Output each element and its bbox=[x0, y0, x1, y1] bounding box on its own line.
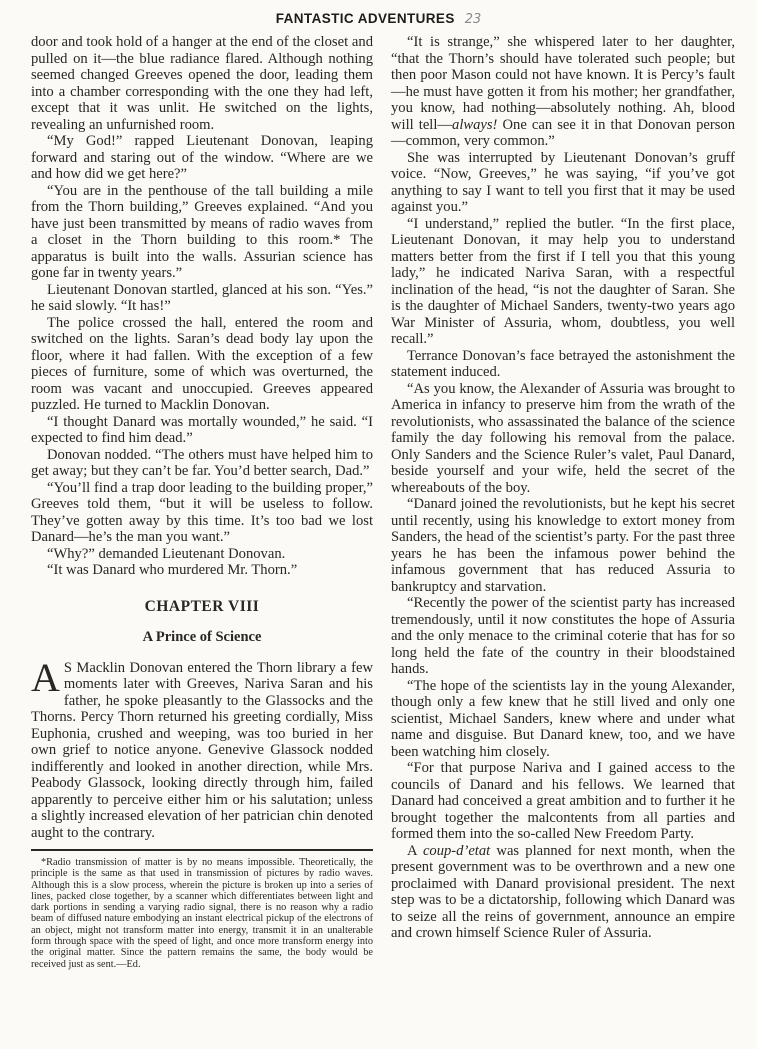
paragraph: “Recently the power of the scientist par… bbox=[391, 595, 735, 678]
paragraph: A coup-d’etat was planned for next month… bbox=[391, 843, 735, 942]
emphasis: always! bbox=[452, 117, 497, 133]
chapter-opening-paragraph: AS Macklin Donovan entered the Thorn lib… bbox=[31, 660, 373, 842]
chapter-heading: CHAPTER VIII bbox=[31, 599, 373, 616]
paragraph: “The hope of the scientists lay in the y… bbox=[391, 678, 735, 761]
right-column: “It is strange,” she whispered later to … bbox=[391, 34, 735, 942]
paragraph: “Why?” demanded Lieutenant Donovan. bbox=[31, 546, 373, 563]
paragraph: “My God!” rapped Lieutenant Donovan, lea… bbox=[31, 133, 373, 183]
chapter-subtitle: A Prince of Science bbox=[31, 629, 373, 646]
drop-cap: A bbox=[31, 662, 60, 694]
paragraph: “You are in the penthouse of the tall bu… bbox=[31, 183, 373, 282]
paragraph: She was interrupted by Lieutenant Donova… bbox=[391, 150, 735, 216]
page-number: 23 bbox=[465, 12, 482, 27]
chapter-opening-text: S Macklin Donovan entered the Thorn libr… bbox=[31, 660, 373, 841]
paragraph: “For that purpose Nariva and I gained ac… bbox=[391, 760, 735, 843]
paragraph: “It is strange,” she whispered later to … bbox=[391, 34, 735, 150]
paragraph: “It was Danard who murdered Mr. Thorn.” bbox=[31, 562, 373, 579]
paragraph: Lieutenant Donovan startled, glanced at … bbox=[31, 282, 373, 315]
paragraph: “I understand,” replied the butler. “In … bbox=[391, 216, 735, 348]
left-column: door and took hold of a hanger at the en… bbox=[31, 34, 373, 970]
paragraph: The police crossed the hall, entered the… bbox=[31, 315, 373, 414]
paragraph: “As you know, the Alexander of Assuria w… bbox=[391, 381, 735, 497]
paragraph: Terrance Donovan’s face betrayed the ast… bbox=[391, 348, 735, 381]
running-header: FANTASTIC ADVENTURES 23 bbox=[0, 10, 757, 28]
footnote-text: *Radio transmission of matter is by no m… bbox=[31, 857, 373, 970]
paragraph: “I thought Danard was mortally wounded,”… bbox=[31, 414, 373, 447]
paragraph-text: A bbox=[407, 843, 423, 859]
paragraph: “Danard joined the revolutionists, but h… bbox=[391, 496, 735, 595]
footnote-divider bbox=[31, 849, 373, 851]
emphasis: coup-d’etat bbox=[423, 843, 490, 859]
footnote: *Radio transmission of matter is by no m… bbox=[31, 857, 373, 970]
paragraph: “You’ll find a trap door leading to the … bbox=[31, 480, 373, 546]
paragraph: door and took hold of a hanger at the en… bbox=[31, 34, 373, 133]
magazine-title: FANTASTIC ADVENTURES bbox=[276, 11, 455, 26]
paragraph: Donovan nodded. “The others must have he… bbox=[31, 447, 373, 480]
